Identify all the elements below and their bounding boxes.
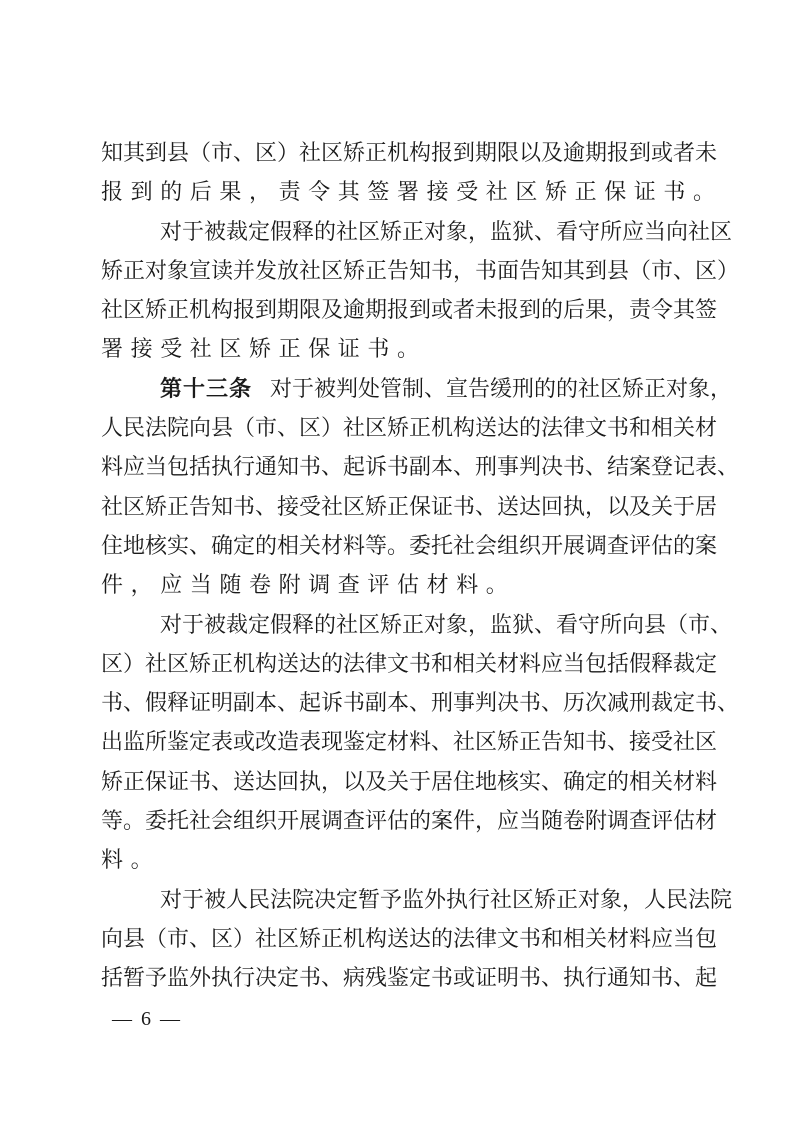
text-line: 料。 xyxy=(101,841,695,880)
text-line: 社区矫正告知书、接受社区矫正保证书、送达回执，以及关于居 xyxy=(101,488,695,527)
text-line: 矫正保证书、送达回执，以及关于居住地核实、确定的相关材料 xyxy=(101,763,695,802)
text-line: 对于被人民法院决定暂予监外执行社区矫正对象，人民法院 xyxy=(101,881,695,920)
document-body: 知其到县（市、区）社区矫正机构报到期限以及逾期报到或者未 报到的后果，责令其签署… xyxy=(101,134,695,999)
text-line: 署接受社区矫正保证书。 xyxy=(101,330,695,369)
text-line: 件，应当随卷附调查评估材料。 xyxy=(101,566,695,605)
text-line: 人民法院向县（市、区）社区矫正机构送达的法律文书和相关材 xyxy=(101,409,695,448)
text-line: 括暂予监外执行决定书、病残鉴定书或证明书、执行通知书、起 xyxy=(101,959,695,998)
text-line: 矫正对象宣读并发放社区矫正告知书，书面告知其到县（市、区） xyxy=(101,252,695,291)
text-segment: 对于被判处管制、宣告缓刑的的社区矫正对象， xyxy=(270,377,732,402)
text-line: 料应当包括执行通知书、起诉书副本、刑事判决书、结案登记表、 xyxy=(101,448,695,487)
text-line: 区）社区矫正机构送达的法律文书和相关材料应当包括假释裁定 xyxy=(101,645,695,684)
text-line: 对于被裁定假释的社区矫正对象，监狱、看守所向县（市、 xyxy=(101,606,695,645)
text-line: 知其到县（市、区）社区矫正机构报到期限以及逾期报到或者未 xyxy=(101,134,695,173)
text-line: 向县（市、区）社区矫正机构送达的法律文书和相关材料应当包 xyxy=(101,920,695,959)
page-number: — 6 — xyxy=(112,1006,182,1032)
text-line: 等。委托社会组织开展调查评估的案件，应当随卷附调查评估材 xyxy=(101,802,695,841)
text-line: 对于被裁定假释的社区矫正对象，监狱、看守所应当向社区 xyxy=(101,213,695,252)
text-line: 书、假释证明副本、起诉书副本、刑事判决书、历次减刑裁定书、 xyxy=(101,684,695,723)
text-line: 社区矫正机构报到期限及逾期报到或者未报到的后果，责令其签 xyxy=(101,291,695,330)
document-page: 知其到县（市、区）社区矫正机构报到期限以及逾期报到或者未 报到的后果，责令其签署… xyxy=(0,0,793,1122)
text-line: 报到的后果，责令其签署接受社区矫正保证书。 xyxy=(101,173,695,212)
text-line: 出监所鉴定表或改造表现鉴定材料、社区矫正告知书、接受社区 xyxy=(101,723,695,762)
text-line: 住地核实、确定的相关材料等。委托社会组织开展调查评估的案 xyxy=(101,527,695,566)
article-heading-line: 第十三条对于被判处管制、宣告缓刑的的社区矫正对象， xyxy=(101,370,695,409)
article-label: 第十三条 xyxy=(160,377,252,402)
